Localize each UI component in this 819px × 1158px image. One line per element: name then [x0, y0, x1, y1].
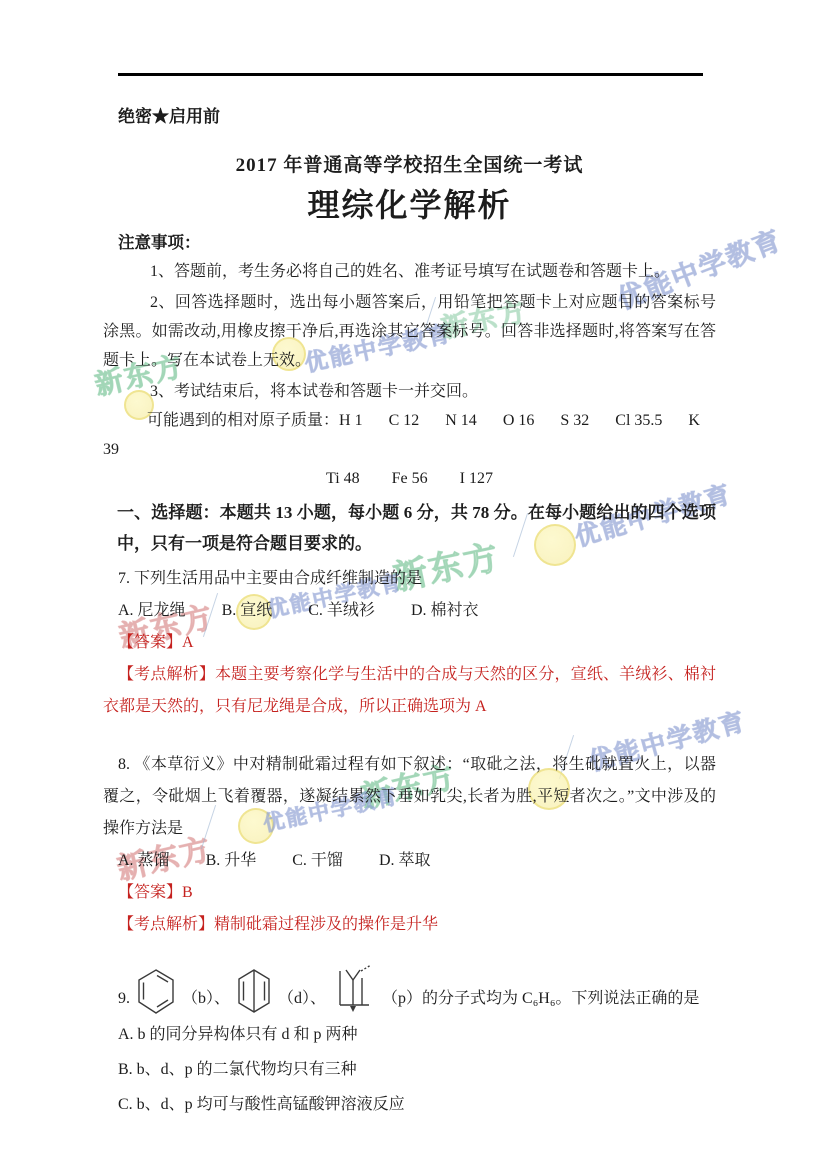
atomic-mass-value: Ti 48 — [326, 470, 360, 487]
question-8-analysis: 【考点解析】精制砒霜过程涉及的操作是升华 — [103, 909, 716, 941]
question-9-option-c: C. b、d、p 均可与酸性高锰酸钾溶液反应 — [118, 1087, 716, 1122]
option-a: A. 蒸馏 — [118, 845, 170, 877]
analysis-text: 精制砒霜过程涉及的操作是升华 — [214, 916, 438, 933]
option-d: D. 萃取 — [379, 845, 431, 877]
atomic-mass-value: Cl 35.5 — [615, 412, 662, 429]
atomic-mass-value: Fe 56 — [392, 470, 428, 487]
question-8-options: A. 蒸馏 B. 升华 C. 干馏 D. 萃取 — [118, 845, 716, 877]
analysis-label: 【考点解析】 — [118, 666, 215, 683]
question-9-option-a: A. b 的同分异构体只有 d 和 p 两种 — [118, 1017, 716, 1052]
structure-label-d: （d）、 — [278, 985, 326, 1017]
question-7-answer: 【答案】A — [118, 627, 716, 659]
question-8-text: 8. 《本草衍义》中对精制砒霜过程有如下叙述：“取砒之法，将生砒就置火上，以器覆… — [103, 749, 716, 845]
question-9: 9. （b）、 — [103, 953, 716, 1122]
question-8: 8. 《本草衍义》中对精制砒霜过程有如下叙述：“取砒之法，将生砒就置火上，以器覆… — [103, 749, 716, 941]
atomic-mass-value: I 127 — [460, 470, 493, 487]
option-b: B. 宣纸 — [222, 595, 273, 627]
question-7: 7. 下列生活用品中主要由合成纤维制造的是 A. 尼龙绳 B. 宣纸 C. 羊绒… — [103, 563, 716, 723]
structure-label-b: （b）、 — [182, 985, 230, 1017]
question-8-answer: 【答案】B — [118, 877, 716, 909]
exam-subtitle: 理综化学解析 — [103, 185, 716, 225]
answer-value: B — [182, 884, 193, 901]
exam-title: 2017 年普通高等学校招生全国统一考试 — [103, 153, 716, 179]
option-c: C. 干馏 — [292, 845, 343, 877]
answer-label: 【答案】 — [118, 634, 182, 651]
atomic-mass-line-2: Ti 48Fe 56I 127 — [103, 464, 716, 493]
option-b: B. 升华 — [206, 845, 257, 877]
benzene-structure-icon — [135, 967, 177, 1017]
top-rule — [118, 73, 703, 76]
analysis-label: 【考点解析】 — [118, 916, 214, 933]
atomic-mass-value: H 1 — [339, 412, 363, 429]
question-9-tail: 的分子式均为 C₆H₆。下列说法正确的是 — [422, 985, 699, 1017]
dewar-benzene-structure-icon — [235, 967, 273, 1017]
note-item-3: 3、考试结束后，将本试卷和答题卡一并交回。 — [103, 377, 716, 406]
atomic-mass-value: C 12 — [389, 412, 420, 429]
question-7-options: A. 尼龙绳 B. 宣纸 C. 羊绒衫 D. 棉衬衣 — [118, 595, 716, 627]
exam-document-page: 优能中学教育 优能中学教育 新东方 新东方 新东方 优能中学教育 新东方 优能中… — [0, 0, 819, 1158]
option-a: A. 尼龙绳 — [118, 595, 186, 627]
notes-heading: 注意事项： — [118, 231, 716, 255]
question-7-text: 7. 下列生活用品中主要由合成纤维制造的是 — [103, 563, 716, 595]
answer-value: A — [182, 634, 194, 651]
answer-label: 【答案】 — [118, 884, 182, 901]
note-item-1: 1、答题前，考生务必将自己的姓名、准考证号填写在试题卷和答题卡上。 — [103, 257, 716, 286]
option-d: D. 棉衬衣 — [411, 595, 479, 627]
note-item-2: 2、回答选择题时，选出每小题答案后，用铅笔把答题卡上对应题目的答案标号涂黑。如需… — [103, 288, 716, 375]
atomic-mass-value: S 32 — [560, 412, 589, 429]
benzvalene-structure-icon — [331, 963, 377, 1017]
atomic-mass-value: N 14 — [445, 412, 477, 429]
section-heading: 一、选择题：本题共 13 小题，每小题 6 分，共 78 分。在每小题给出的四个… — [117, 497, 716, 559]
question-9-stem: 9. （b）、 — [103, 953, 716, 1017]
atomic-mass-value: O 16 — [503, 412, 535, 429]
structure-label-p: （p） — [382, 985, 422, 1017]
question-7-analysis: 【考点解析】本题主要考察化学与生活中的合成与天然的区分，宣纸、羊绒衫、棉衬衣都是… — [103, 659, 716, 723]
question-9-option-b: B. b、d、p 的二氯代物均只有三种 — [118, 1052, 716, 1087]
atomic-mass-label: 可能遇到的相对原子质量： — [147, 412, 339, 429]
question-9-number: 9. — [118, 990, 130, 1017]
atomic-mass-line-1: 可能遇到的相对原子质量：H 1C 12N 14O 16S 32Cl 35.5K … — [103, 406, 716, 464]
option-c: C. 羊绒衫 — [308, 595, 375, 627]
security-banner: 绝密★启用前 — [118, 105, 716, 129]
